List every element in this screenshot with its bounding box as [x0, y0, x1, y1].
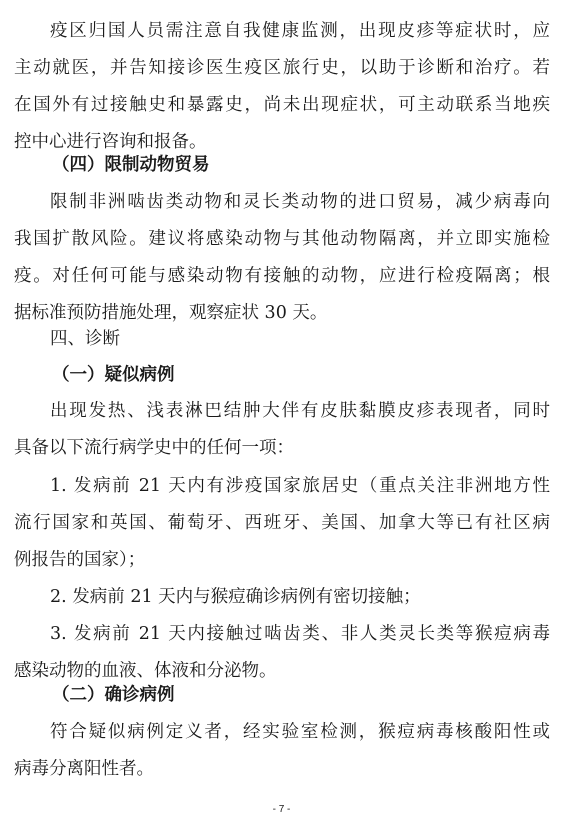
- paragraph-line: 控中心进行咨询和报备。: [14, 130, 550, 154]
- paragraph-line: 疫。对任何可能与感染动物有接触的动物，应进行检疫隔离；根: [14, 264, 550, 288]
- paragraph-line: 据标准预防措施处理，观察症状 30 天。: [14, 301, 550, 325]
- list-item-1-line: 例报告的国家）；: [14, 548, 550, 572]
- paragraph-line: 主动就医，并告知接诊医生疫区旅行史，以助于诊断和治疗。若: [14, 56, 550, 80]
- list-item-3-line: 感染动物的血液、体液和分泌物。: [14, 659, 550, 683]
- section-heading-diagnosis: 四、诊断: [50, 327, 550, 351]
- list-item-2: 2. 发病前 21 天内与猴痘确诊病例有密切接触；: [50, 585, 550, 609]
- paragraph-line: 出现发热、浅表淋巴结肿大伴有皮肤黏膜皮疹表现者，同时: [50, 399, 550, 423]
- list-item-1-line: 流行国家和英国、葡萄牙、西班牙、美国、加拿大等已有社区病: [14, 511, 550, 535]
- paragraph-line: 限制非洲啮齿类动物和灵长类动物的进口贸易，减少病毒向: [50, 190, 550, 214]
- section-heading-restrict-animal-trade: （四）限制动物贸易: [52, 153, 563, 177]
- paragraph-line: 在国外有过接触史和暴露史，尚未出现症状，可主动联系当地疾: [14, 93, 550, 117]
- paragraph-line: 具备以下流行病学史中的任何一项：: [14, 436, 550, 460]
- list-item-1-line: 1. 发病前 21 天内有涉疫国家旅居史（重点关注非洲地方性: [50, 474, 550, 498]
- section-heading-suspected-case: （一）疑似病例: [52, 363, 563, 387]
- page-number: - 7 -: [0, 804, 563, 815]
- paragraph-line: 我国扩散风险。建议将感染动物与其他动物隔离，并立即实施检: [14, 227, 550, 251]
- list-item-3-line: 3. 发病前 21 天内接触过啮齿类、非人类灵长类等猴痘病毒: [50, 622, 550, 646]
- paragraph-line: 疫区归国人员需注意自我健康监测，出现皮疹等症状时，应: [50, 19, 550, 43]
- section-heading-confirmed-case: （二）确诊病例: [52, 683, 563, 707]
- paragraph-line: 病毒分离阳性者。: [14, 757, 550, 781]
- paragraph-line: 符合疑似病例定义者，经实验室检测，猴痘病毒核酸阳性或: [50, 720, 550, 744]
